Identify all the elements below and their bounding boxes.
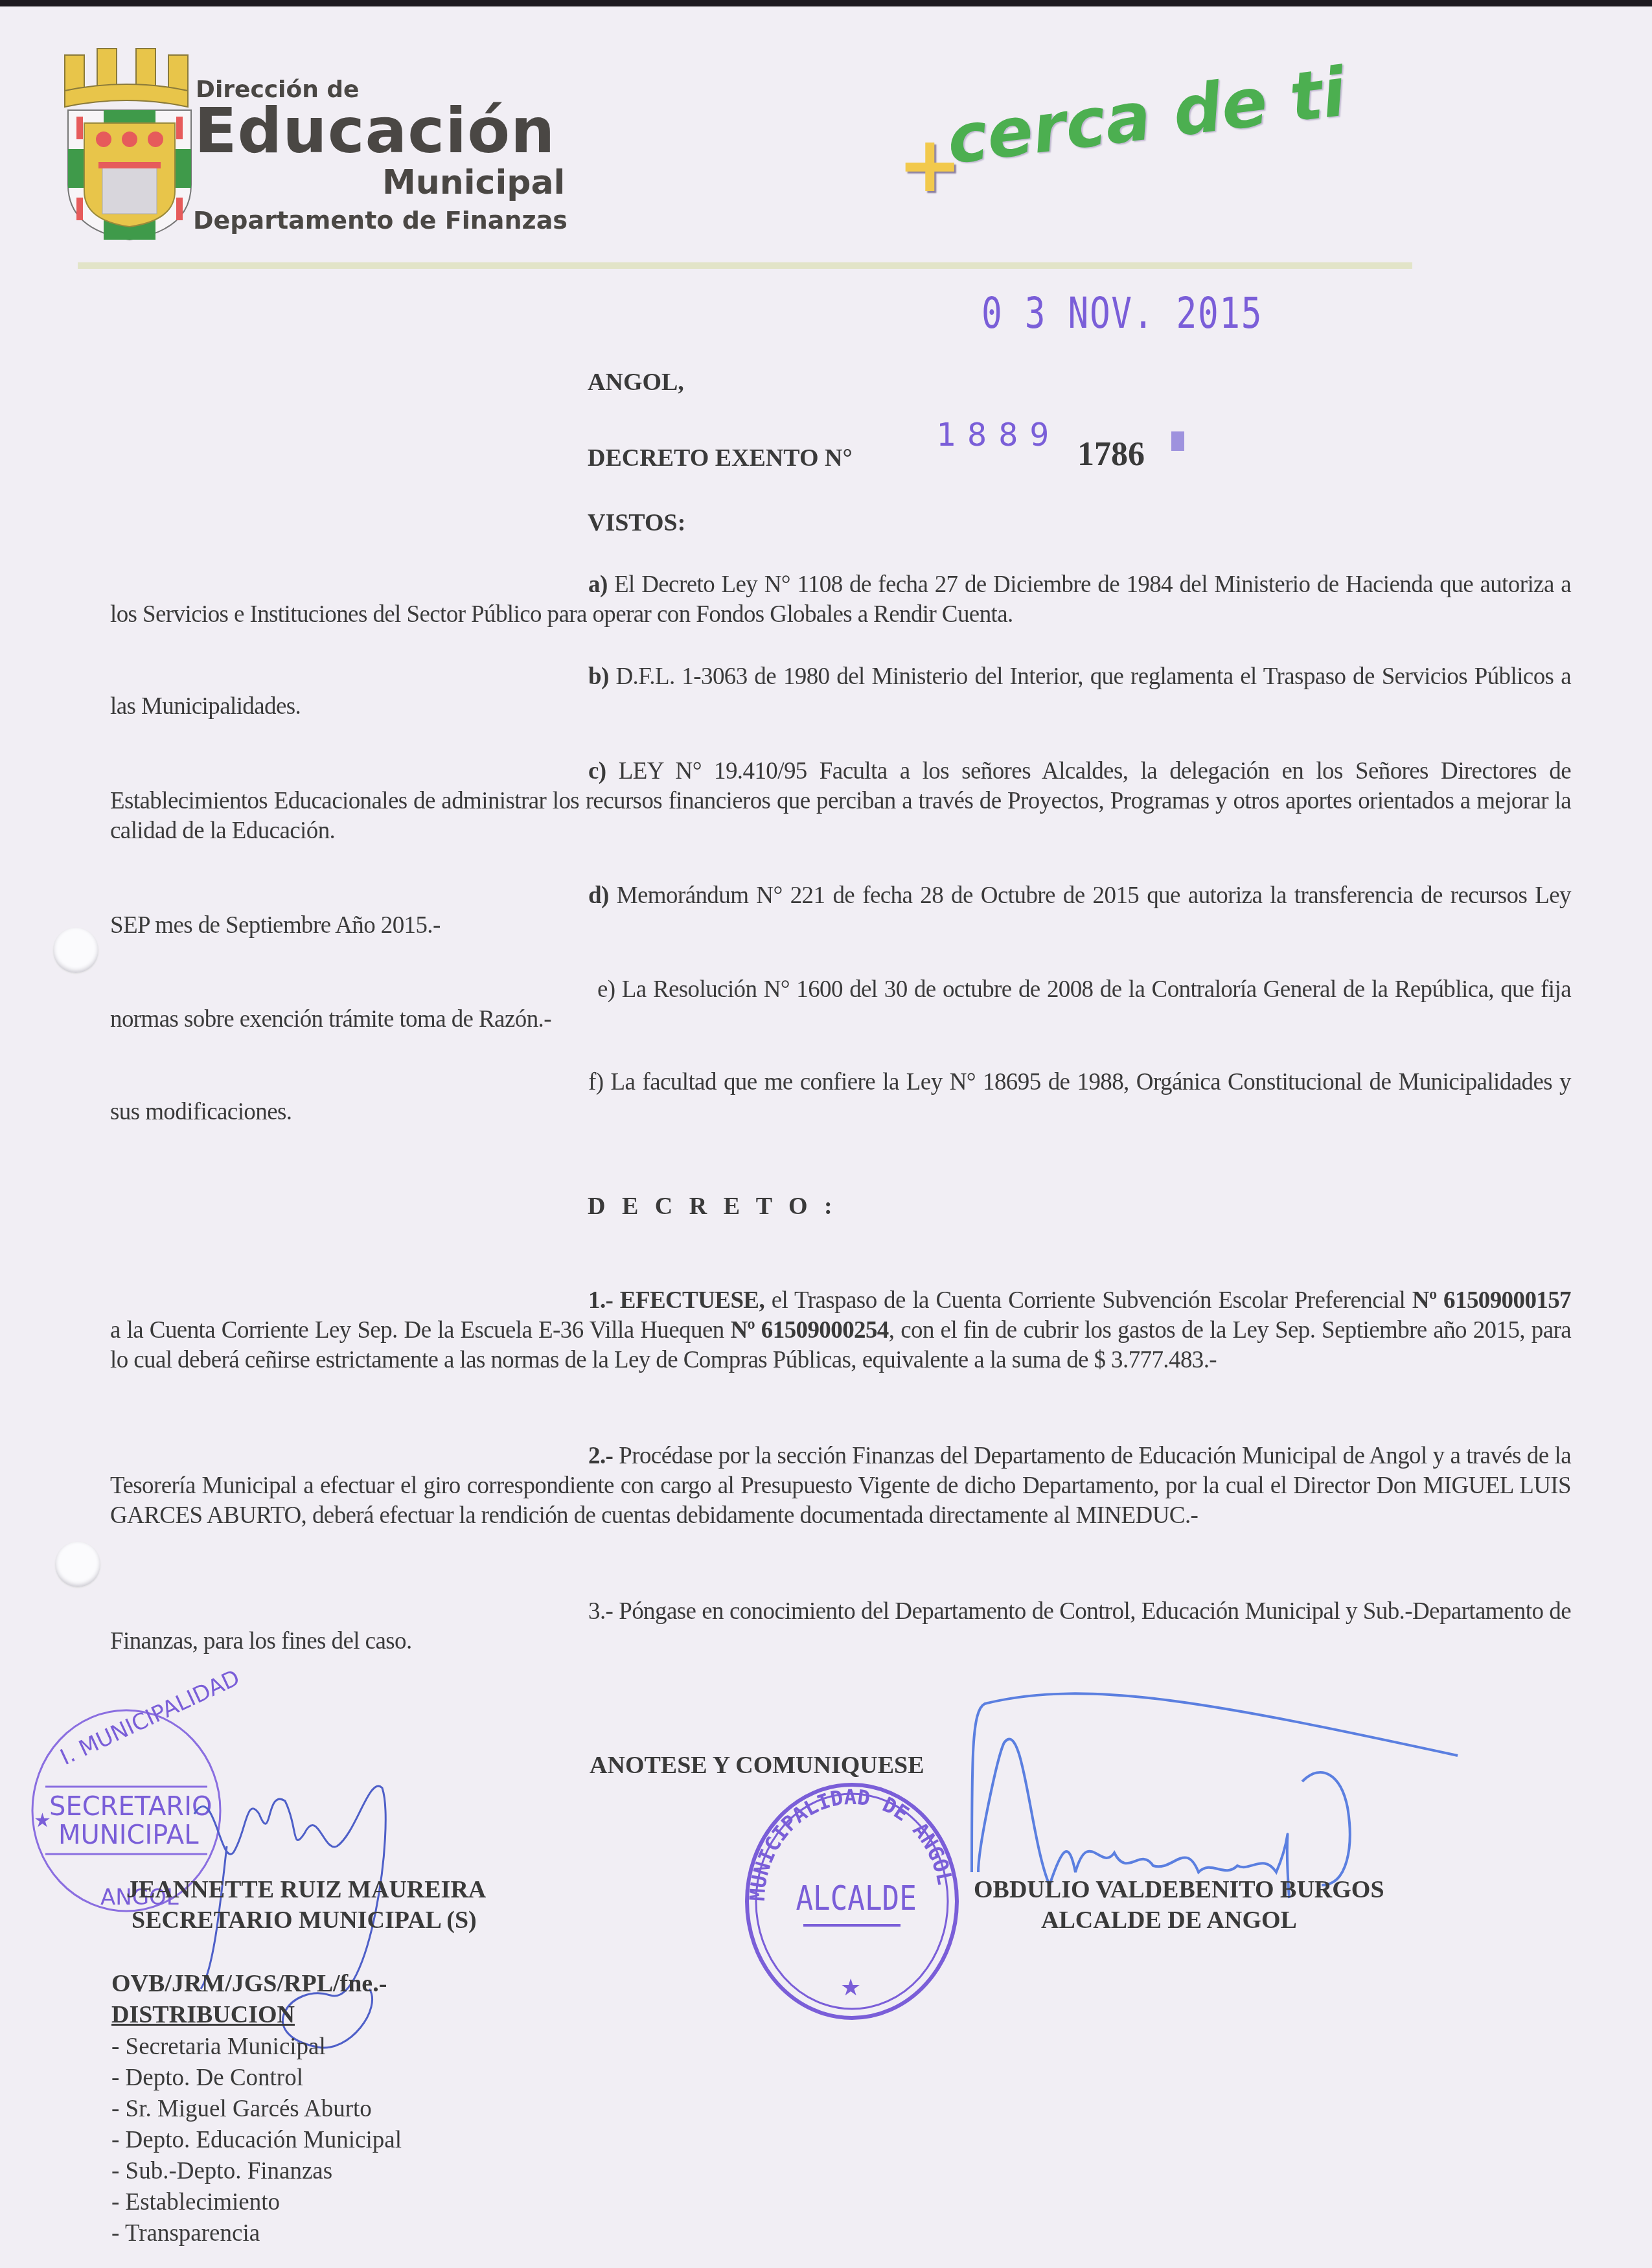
mayor-title: ALCALDE DE ANGOL — [1041, 1906, 1297, 1934]
decree-label: DECRETO EXENTO N° — [588, 444, 853, 472]
initials: OVB/JRM/JGS/RPL/fne.- — [111, 1969, 387, 1998]
decreto-item-1: 1.- EFECTUESE, el Traspaso de la Cuenta … — [110, 1286, 1571, 1375]
municipal-crest-icon — [58, 42, 201, 243]
distribution-item: - Transparencia — [111, 2218, 402, 2249]
decreto-title: D E C R E T O : — [588, 1192, 838, 1220]
distribution-item: - Sr. Miguel Garcés Aburto — [111, 2094, 402, 2125]
item-1-text-b: a la Cuenta Corriente Ley Sep. De la Esc… — [110, 1317, 730, 1344]
visto-e: e) La Resolución N° 1600 del 30 de octub… — [110, 975, 1571, 1035]
distribution-item: - Depto. De Control — [111, 2063, 402, 2094]
header-divider — [78, 262, 1412, 269]
svg-text:★: ★ — [840, 1975, 861, 2000]
vistos-title: VISTOS: — [588, 509, 685, 537]
mayor-name: OBDULIO VALDEBENITO BURGOS — [974, 1875, 1384, 1904]
slogan-text: cerca de ti — [943, 52, 1349, 179]
visto-b: b) D.F.L. 1-3063 de 1980 del Ministerio … — [110, 662, 1571, 722]
account-origin: Nº 61509000157 — [1412, 1287, 1571, 1314]
visto-c-text: LEY N° 19.410/95 Faculta a los señores A… — [110, 758, 1571, 844]
visto-b-label: b) — [588, 663, 609, 690]
visto-b-text: D.F.L. 1-3063 de 1980 del Ministerio del… — [110, 663, 1571, 720]
scan-edge — [0, 0, 1652, 6]
distribution-list: - Secretaria Municipal - Depto. De Contr… — [111, 2032, 402, 2249]
visto-f-label: f) — [588, 1069, 603, 1095]
svg-text:★: ★ — [34, 1810, 51, 1831]
secretary-name: JEANNETTE RUIZ MAUREIRA — [126, 1875, 486, 1904]
visto-e-text: La Resolución N° 1600 del 30 de octubre … — [110, 976, 1571, 1033]
city: ANGOL, — [588, 368, 684, 396]
distribution-item: - Depto. Educación Municipal — [111, 2125, 402, 2156]
item-1-text-a: el Traspaso de la Cuenta Corriente Subve… — [764, 1287, 1412, 1314]
stamp-smudge — [1171, 431, 1184, 451]
item-1-num: 1.- EFECTUESE, — [588, 1287, 764, 1314]
distribution-item: - Secretaria Municipal — [111, 2032, 402, 2063]
org-line-3: Municipal — [382, 163, 565, 202]
distribution-item: - Sub.-Depto. Finanzas — [111, 2156, 402, 2187]
decree-stamped-number: 1889 — [936, 416, 1061, 453]
org-line-2: Educación — [194, 98, 555, 163]
decreto-item-3: 3.- Póngase en conocimiento del Departam… — [110, 1597, 1571, 1656]
mayor-stamp-icon: MUNICIPALIDAD DE ANGOL ALCALDE ★ — [735, 1775, 969, 2028]
visto-c: c) LEY N° 19.410/95 Faculta a los señore… — [110, 757, 1571, 846]
visto-f: f) La facultad que me confiere la Ley N°… — [110, 1068, 1571, 1127]
visto-d-text: Memorándum N° 221 de fecha 28 de Octubre… — [110, 882, 1571, 939]
decreto-item-2: 2.- Procédase por la sección Finanzas de… — [110, 1441, 1571, 1531]
visto-d: d) Memorándum N° 221 de fecha 28 de Octu… — [110, 881, 1571, 941]
secretary-stamp-top: I. MUNICIPALIDAD — [56, 1665, 244, 1770]
account-destination: Nº 61509000254 — [730, 1317, 888, 1344]
distribution-title: DISTRIBUCION — [111, 2000, 295, 2029]
decree-typed-number: 1786 — [1077, 435, 1145, 474]
date-stamp: 0 3 NOV. 2015 — [981, 288, 1263, 338]
mayor-stamp-center: ALCALDE — [796, 1879, 917, 1918]
visto-a-label: a) — [588, 571, 608, 598]
item-2-text: Procédase por la sección Finanzas del De… — [110, 1443, 1571, 1529]
visto-f-text: La facultad que me confiere la Ley N° 18… — [110, 1069, 1571, 1125]
visto-e-label: e) — [597, 976, 615, 1003]
item-2-num: 2.- — [588, 1443, 613, 1469]
visto-a: a) El Decreto Ley N° 1108 de fecha 27 de… — [110, 570, 1571, 630]
org-line-4: Departamento de Finanzas — [193, 206, 568, 235]
item-3-text: Póngase en conocimiento del Departamento… — [110, 1598, 1571, 1655]
visto-c-label: c) — [588, 758, 606, 785]
punch-hole — [55, 1542, 100, 1587]
punch-hole — [53, 928, 98, 973]
secretary-title: SECRETARIO MUNICIPAL (S) — [132, 1906, 477, 1934]
item-3-num: 3.- — [588, 1598, 613, 1625]
visto-d-label: d) — [588, 882, 609, 909]
distribution-item: - Establecimiento — [111, 2187, 402, 2218]
visto-a-text: El Decreto Ley N° 1108 de fecha 27 de Di… — [110, 571, 1571, 628]
